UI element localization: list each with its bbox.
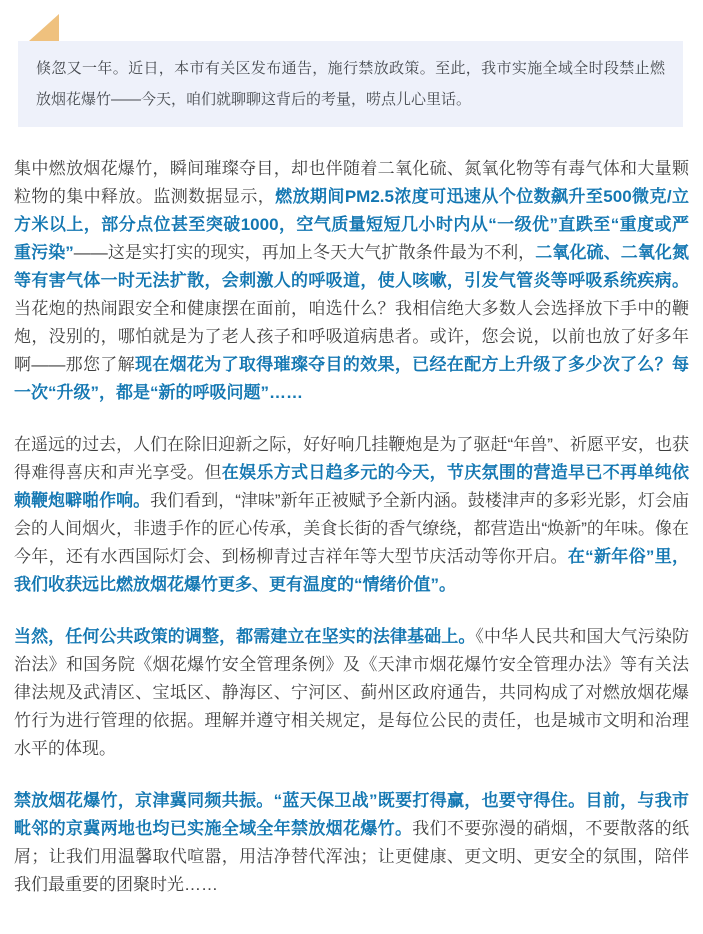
corner-triangle-decoration	[29, 14, 59, 41]
article-paragraph: 当然，任何公共政策的调整，都需建立在坚实的法律基础上。《中华人民共和国大气污染防…	[14, 623, 689, 763]
intro-text: 倏忽又一年。近日，本市有关区发布通告，施行禁放政策。至此，我市实施全域全时段禁止…	[36, 60, 665, 108]
article-page: 倏忽又一年。近日，本市有关区发布通告，施行禁放政策。至此，我市实施全域全时段禁止…	[0, 0, 703, 899]
article-paragraph: 禁放烟花爆竹，京津冀同频共振。“蓝天保卫战”既要打得赢，也要守得住。目前，与我市…	[14, 787, 689, 899]
article-paragraph: 在遥远的过去，人们在除旧迎新之际，好好响几挂鞭炮是为了驱赶“年兽”、祈愿平安，也…	[14, 431, 689, 599]
emphasis-text-segment: 当然，任何公共政策的调整，都需建立在坚实的法律基础上。	[14, 627, 475, 646]
article-body: 集中燃放烟花爆竹，瞬间璀璨夺目，却也伴随着二氧化硫、氮氧化物等有毒气体和大量颗粒…	[14, 155, 689, 899]
article-paragraph: 集中燃放烟花爆竹，瞬间璀璨夺目，却也伴随着二氧化硫、氮氧化物等有毒气体和大量颗粒…	[14, 155, 689, 407]
text-segment: 《中华人民共和国大气污染防治法》和国务院《烟花爆竹安全管理条例》及《天津市烟花爆…	[14, 627, 689, 758]
text-segment: ——这是实打实的现实，再加上冬天大气扩散条件最为不利，	[74, 243, 535, 262]
intro-highlight-box: 倏忽又一年。近日，本市有关区发布通告，施行禁放政策。至此，我市实施全域全时段禁止…	[18, 41, 683, 127]
